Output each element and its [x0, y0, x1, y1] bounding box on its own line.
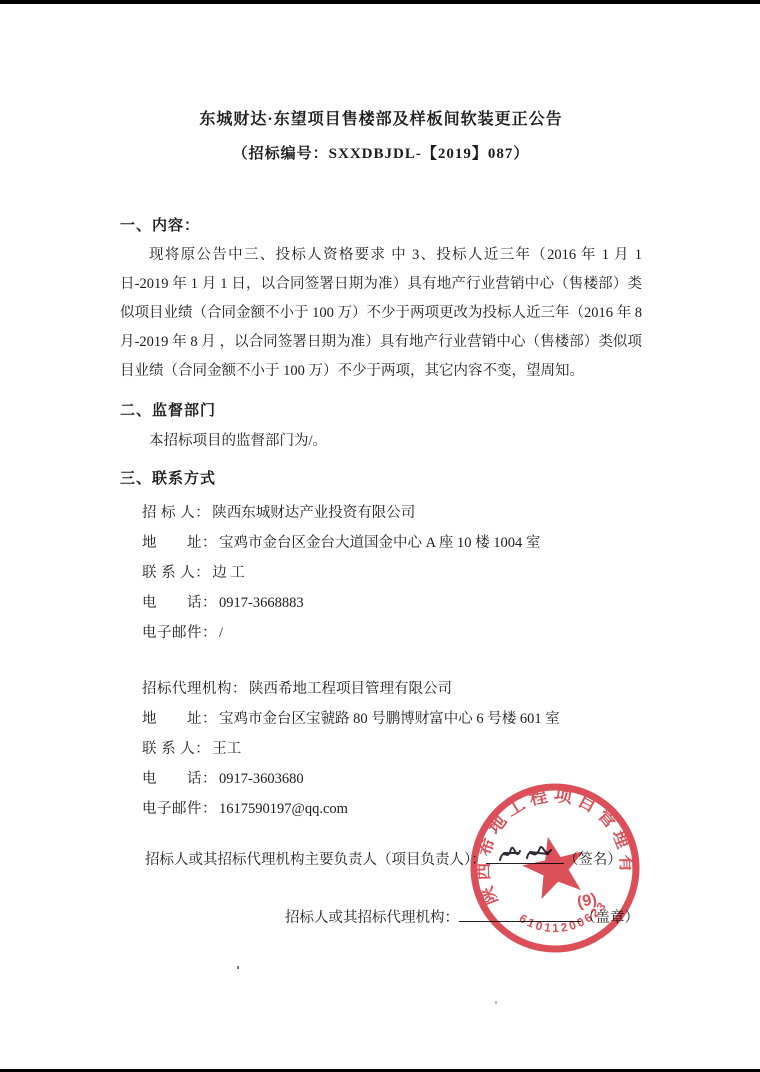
agency-stamp-label: 招标人或其招标代理机构： [285, 910, 459, 926]
scanned-document-page: 东城财达·东望项目售楼部及样板间软装更正公告 （招标编号：SXXDBJDL-【2… [0, 0, 760, 1072]
signature-blank [486, 849, 564, 864]
signature-area: 招标人或其招标代理机构主要负责人（项目负责人）：（签名） 招标人或其招标代理机构… [0, 0, 760, 1072]
handwritten-signature [494, 841, 556, 867]
stamp-blank [459, 907, 581, 922]
project-leader-signature-line: 招标人或其招标代理机构主要负责人（项目负责人）：（签名） [145, 848, 622, 869]
signature-suffix: （签名） [564, 852, 622, 868]
agency-stamp-line: 招标人或其招标代理机构：（盖章） [285, 906, 639, 927]
stamp-suffix: （盖章） [581, 910, 639, 926]
project-leader-signature-label: 招标人或其招标代理机构主要负责人（项目负责人）： [145, 852, 486, 868]
